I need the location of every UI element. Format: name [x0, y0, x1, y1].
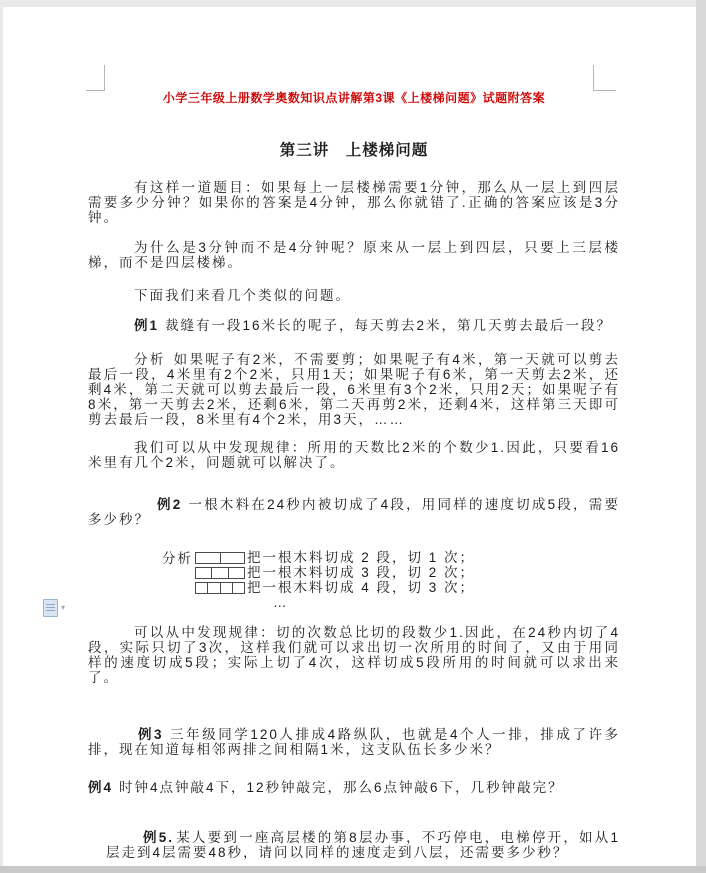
dropdown-arrow-icon: ▾ — [61, 604, 65, 612]
example3-question: 例3三年级同学120人排成4路纵队，也就是4个人一排，排成了许多排，现在知道每相… — [88, 727, 620, 757]
example4-label: 例4 — [88, 780, 113, 795]
diagram-row-3-text: 把一根木料切成 4 段，切 3 次； — [247, 580, 475, 595]
wood-cut-diagram-row-2: 把一根木料切成 3 段，切 2 次； — [88, 565, 620, 580]
paste-options-icon — [43, 599, 58, 617]
diagram-row-2-text: 把一根木料切成 3 段，切 2 次； — [247, 565, 475, 580]
example1-analysis-text: 如果呢子有2米，不需要剪；如果呢子有4米，第一天就可以剪去最后一段，4米里有2个… — [88, 352, 620, 427]
analysis-label: 分析 — [162, 551, 195, 566]
example3-text: 三年级同学120人排成4路纵队，也就是4个人一排，排成了许多排，现在知道每相邻两… — [88, 727, 620, 757]
intro-paragraph-2: 为什么是3分钟而不是4分钟呢？原来从一层上到四层，只要上三层楼梯，而不是四层楼梯… — [88, 240, 620, 270]
intro-paragraph-3: 下面我们来看几个类似的问题。 — [88, 288, 620, 303]
example1-text: 裁缝有一段16米长的呢子，每天剪去2米，第几天剪去最后一段？ — [165, 318, 612, 333]
wood-cut-diagram-row-3: 把一根木料切成 4 段，切 3 次； — [88, 580, 620, 595]
diagram-ellipsis: … — [88, 595, 620, 610]
example2-conclusion: 可以从中发现规律：切的次数总比切的段数少1.因此，在24秒内切了4段，实际只切了… — [88, 625, 620, 685]
example2-label: 例2 — [157, 497, 182, 512]
document-title: 小学三年级上册数学奥数知识点讲解第3课《上楼梯问题》试题附答案 — [88, 91, 620, 106]
example2-question: 例2一根木料在24秒内被切成了4段，用同样的速度切成5段，需要多少秒？ — [88, 497, 620, 527]
example2-analysis-diagram: 分析把一根木料切成 2 段，切 1 次； 把一根木料切成 3 段，切 2 次； … — [88, 550, 620, 610]
wood-segments-box-3 — [195, 567, 245, 579]
document-page: ▾ 小学三年级上册数学奥数知识点讲解第3课《上楼梯问题》试题附答案 第三讲 上楼… — [3, 7, 696, 866]
analysis-label: 分析 — [134, 352, 166, 367]
intro-paragraph-1: 有这样一道题目：如果每上一层楼梯需要1分钟，那么从一层上到四层需要多少分钟？如果… — [88, 180, 620, 225]
text-boundary-mark-top-right — [593, 65, 616, 91]
document-body: 小学三年级上册数学奥数知识点讲解第3课《上楼梯问题》试题附答案 第三讲 上楼梯问… — [88, 91, 620, 860]
example5-label: 例5. — [143, 830, 174, 845]
example1-label: 例1 — [134, 318, 159, 333]
wood-segments-box-2 — [195, 552, 245, 564]
lesson-heading: 第三讲 上楼梯问题 — [88, 141, 620, 161]
canvas-right-gutter — [696, 0, 706, 873]
example4-question: 例4时钟4点钟敲4下，12秒钟敲完，那么6点钟敲6下，几秒钟敲完？ — [88, 780, 620, 795]
paste-options-button[interactable]: ▾ — [43, 597, 73, 619]
example5-question: 例5.某人要到一座高层楼的第8层办事，不巧停电，电梯停开，如从1层走到4层需要4… — [106, 830, 620, 860]
example1-analysis: 分析如果呢子有2米，不需要剪；如果呢子有4米，第一天就可以剪去最后一段，4米里有… — [88, 352, 620, 427]
canvas-bottom-gutter — [0, 866, 706, 873]
text-boundary-mark-top-left — [86, 65, 105, 91]
example5-text: 某人要到一座高层楼的第8层办事，不巧停电，电梯停开，如从1层走到4层需要48秒，… — [106, 830, 620, 860]
wood-segments-box-4 — [195, 582, 245, 594]
example3-label: 例3 — [138, 727, 164, 742]
wood-cut-diagram-row-1: 分析把一根木料切成 2 段，切 1 次； — [88, 550, 620, 565]
example1-question: 例1裁缝有一段16米长的呢子，每天剪去2米，第几天剪去最后一段？ — [88, 318, 620, 333]
diagram-row-1-text: 把一根木料切成 2 段，切 1 次； — [247, 550, 475, 565]
example4-text: 时钟4点钟敲4下，12秒钟敲完，那么6点钟敲6下，几秒钟敲完？ — [119, 780, 564, 795]
example1-conclusion: 我们可以从中发现规律：所用的天数比2米的个数少1.因此，只要看16米里有几个2米… — [88, 440, 620, 470]
